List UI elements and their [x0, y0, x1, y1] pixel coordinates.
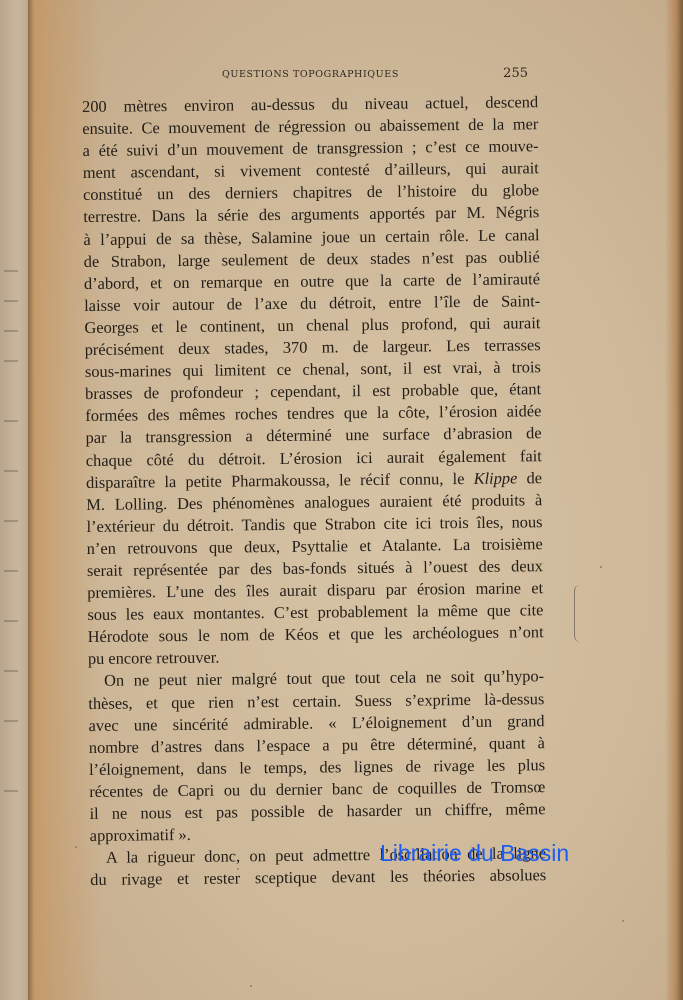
bleed-through-mark	[4, 360, 18, 362]
bleed-through-mark	[4, 330, 18, 332]
paper-speck	[622, 920, 624, 922]
bleed-through-mark	[4, 270, 18, 272]
body-text: 200 mètres environ au-dessus du niveau a…	[82, 91, 546, 891]
page-right-edge	[665, 0, 683, 1000]
bleed-through-mark	[4, 620, 18, 622]
page-number: 255	[503, 66, 528, 81]
paper-speck	[250, 985, 252, 987]
bleed-through-mark	[4, 670, 18, 672]
text-segment: de	[517, 468, 542, 487]
paper-speck	[237, 868, 239, 870]
pencil-margin-mark	[574, 585, 583, 643]
bleed-through-mark	[4, 720, 18, 722]
gutter-shadow	[28, 0, 42, 1000]
paper-speck	[600, 566, 602, 568]
watermark-text: Librairie du Bassin	[380, 840, 569, 867]
text-segment: disparaître la petite Pharmakoussa, le r…	[86, 469, 474, 492]
bleed-through-mark	[4, 570, 18, 572]
bleed-through-mark	[4, 470, 18, 472]
bleed-through-mark	[4, 420, 18, 422]
bleed-through-mark	[4, 790, 18, 792]
italic-term: Klippe	[474, 468, 518, 487]
bleed-through-mark	[4, 300, 18, 302]
bleed-through-mark	[4, 520, 18, 522]
paper-speck	[75, 846, 77, 848]
running-head: QUESTIONS TOPOGRAPHIQUES	[222, 69, 399, 80]
page-header: QUESTIONS TOPOGRAPHIQUES 255	[222, 69, 528, 83]
